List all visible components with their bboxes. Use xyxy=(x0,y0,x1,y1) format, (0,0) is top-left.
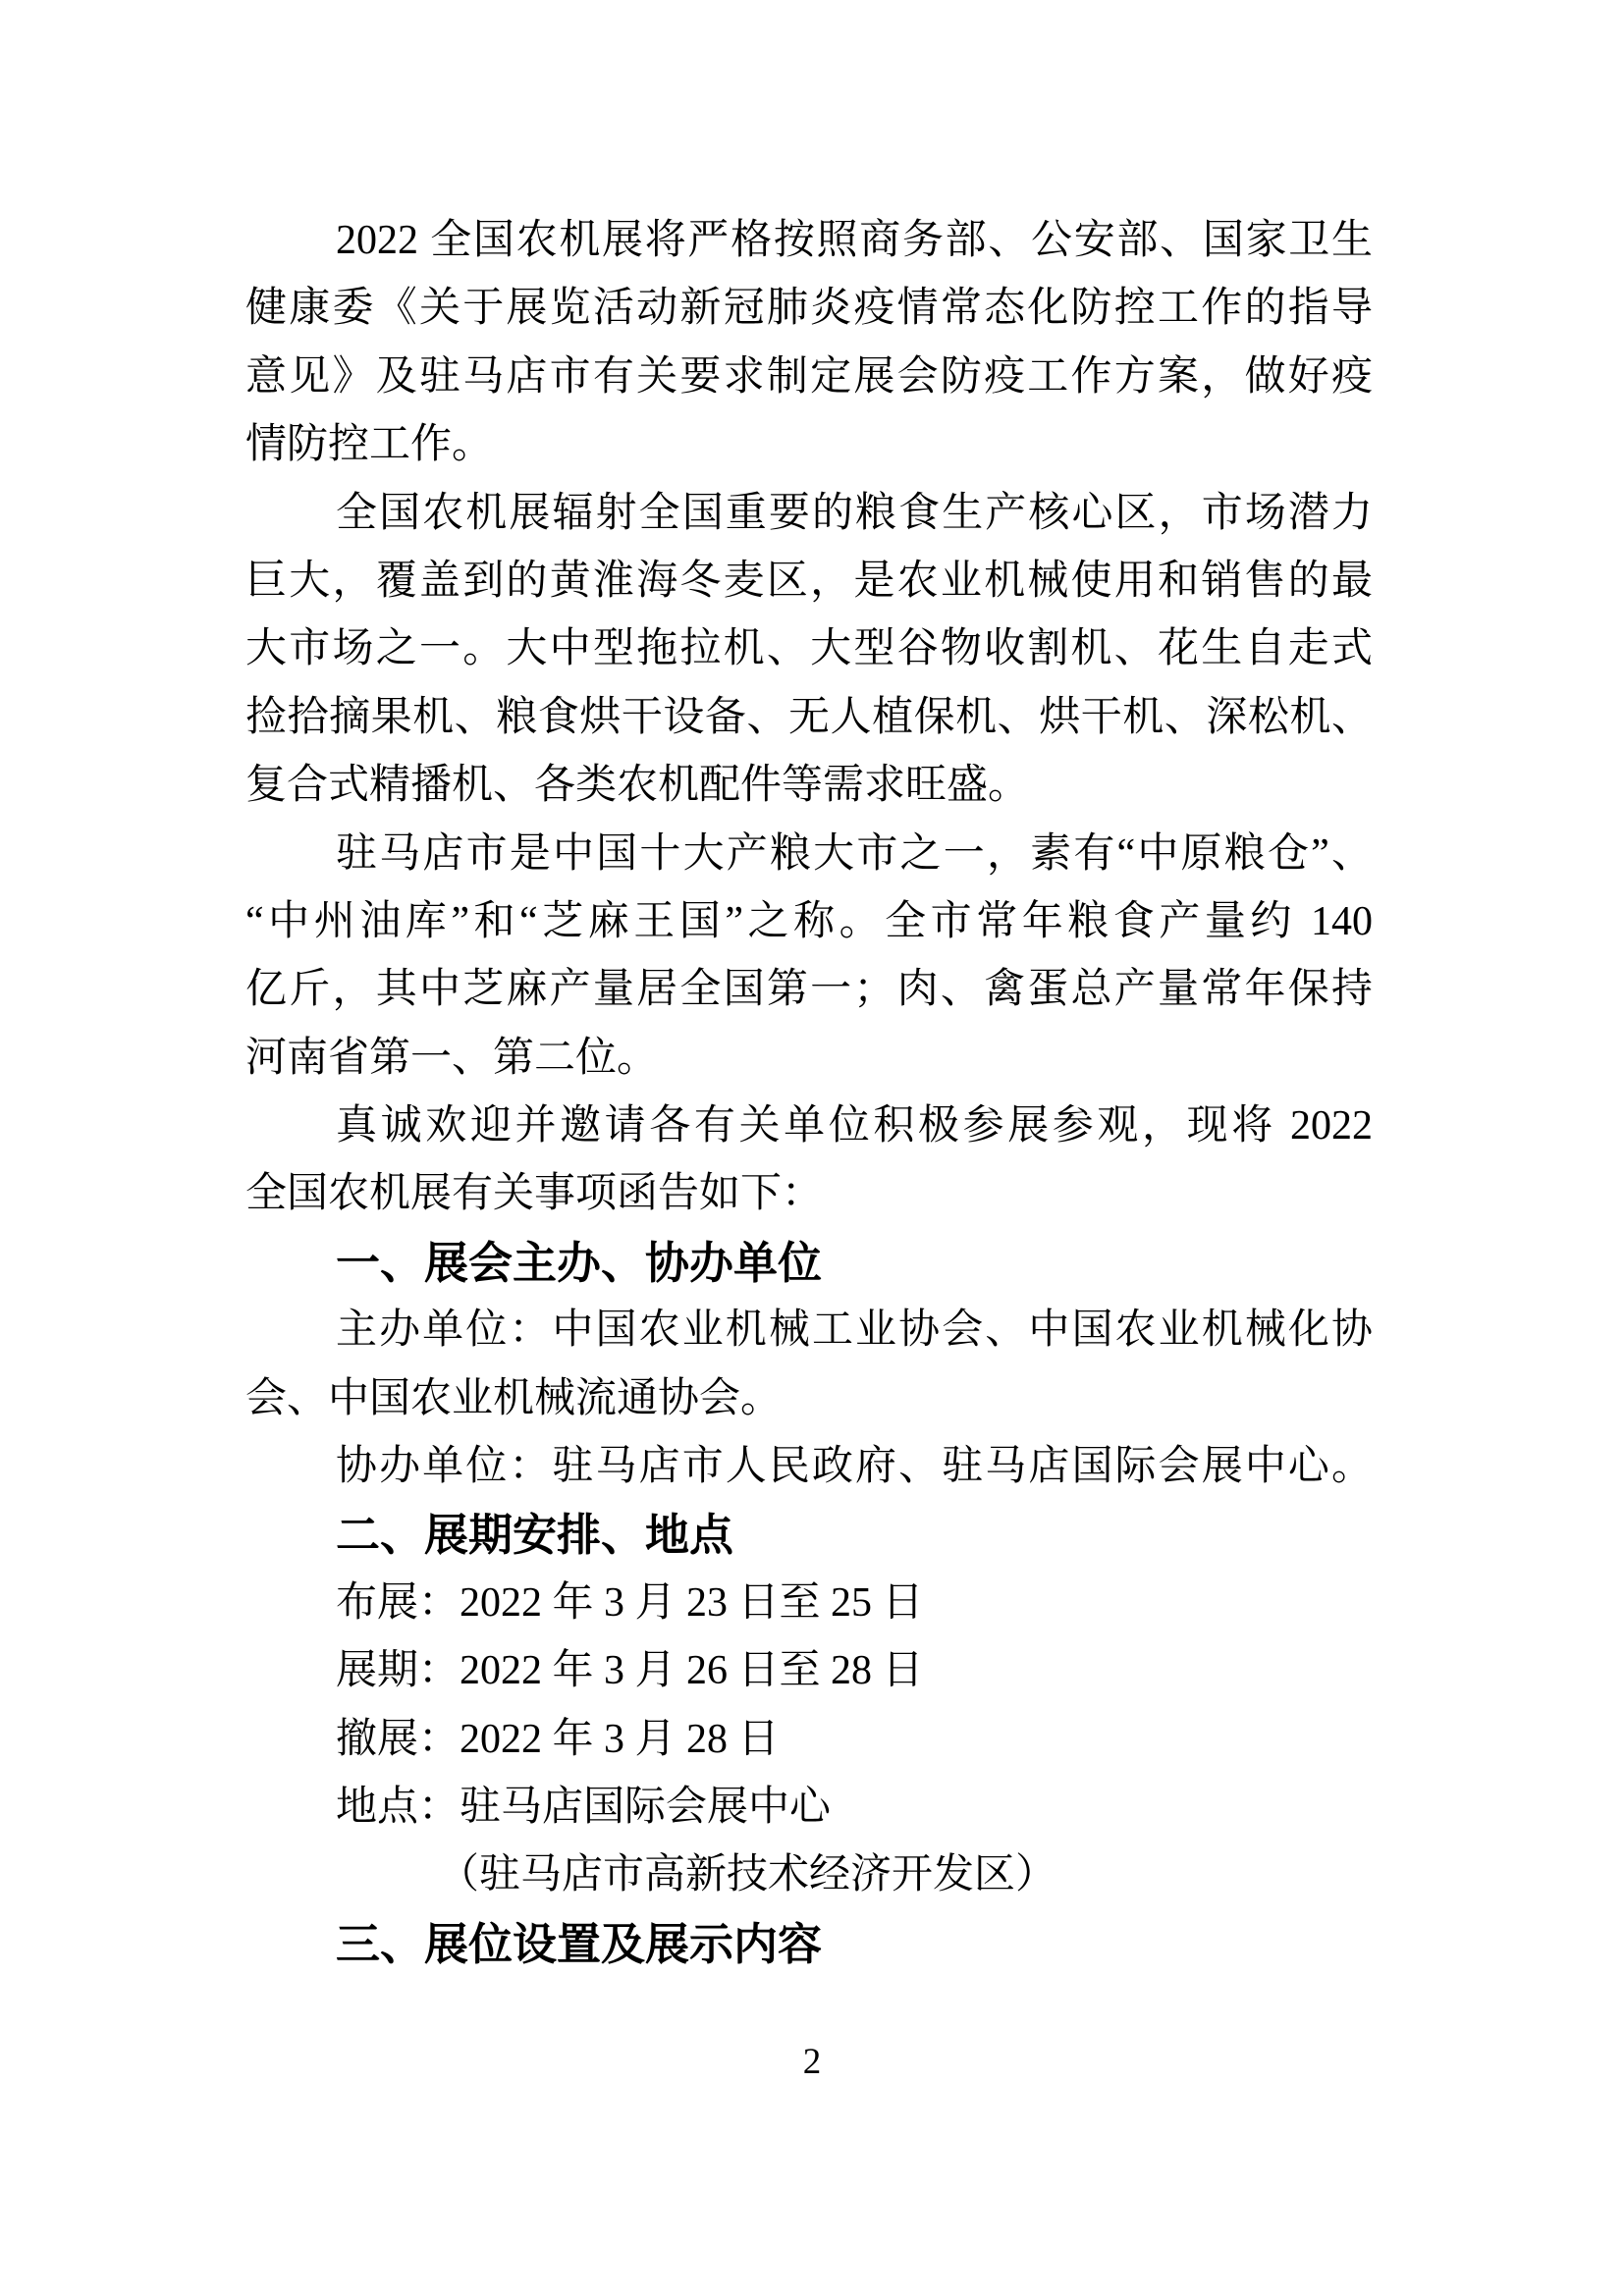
text-line: 布展：2022 年 3 月 23 日至 25 日 xyxy=(245,1570,1373,1637)
text-line: 健康委《关于展览活动新冠肺炎疫情常态化防控工作的指导 xyxy=(245,275,1373,343)
text-line: 地点：驻马店国际会展中心 xyxy=(245,1774,1373,1842)
section-heading-3: 三、展位设置及展示内容 xyxy=(245,1910,1373,1978)
text-line: “中州油库”和“芝麻王国”之称。全市常年粮食产量约 140 xyxy=(245,888,1373,956)
document-body: 2022 全国农机展将严格按照商务部、公安部、国家卫生 健康委《关于展览活动新冠… xyxy=(245,207,1373,1978)
text-line: 真诚欢迎并邀请各有关单位积极参展参观，现将 2022 xyxy=(245,1093,1373,1160)
text-line: 2022 全国农机展将严格按照商务部、公安部、国家卫生 xyxy=(245,207,1373,275)
section-heading-1: 一、展会主办、协办单位 xyxy=(245,1229,1373,1297)
text-line: 意见》及驻马店市有关要求制定展会防疫工作方案，做好疫 xyxy=(245,344,1373,411)
text-line: 驻马店市是中国十大产粮大市之一，素有“中原粮仓”、 xyxy=(245,821,1373,888)
section-heading-2: 二、展期安排、地点 xyxy=(245,1501,1373,1569)
text-line: 撤展：2022 年 3 月 28 日 xyxy=(245,1706,1373,1774)
text-line: 主办单位：中国农业机械工业协会、中国农业机械化协 xyxy=(245,1297,1373,1364)
text-line: 会、中国农业机械流通协会。 xyxy=(245,1365,1373,1433)
text-line: 河南省第一、第二位。 xyxy=(245,1025,1373,1093)
text-line: 捡拾摘果机、粮食烘干设备、无人植保机、烘干机、深松机、 xyxy=(245,684,1373,752)
text-line: 巨大，覆盖到的黄淮海冬麦区，是农业机械使用和销售的最 xyxy=(245,548,1373,615)
text-line: 全国农机展辐射全国重要的粮食生产核心区，市场潜力 xyxy=(245,480,1373,548)
text-line: 协办单位：驻马店市人民政府、驻马店国际会展中心。 xyxy=(245,1433,1373,1501)
text-line: （驻马店市高新技术经济开发区） xyxy=(245,1842,1373,1909)
text-line: 全国农机展有关事项函告如下： xyxy=(245,1160,1373,1228)
text-line: 展期：2022 年 3 月 26 日至 28 日 xyxy=(245,1637,1373,1705)
text-line: 情防控工作。 xyxy=(245,411,1373,479)
text-line: 大市场之一。大中型拖拉机、大型谷物收割机、花生自走式 xyxy=(245,615,1373,683)
text-line: 亿斤，其中芝麻产量居全国第一；肉、禽蛋总产量常年保持 xyxy=(245,956,1373,1024)
page-number: 2 xyxy=(0,2028,1624,2096)
document-page: 2022 全国农机展将严格按照商务部、公安部、国家卫生 健康委《关于展览活动新冠… xyxy=(0,0,1624,2296)
text-line: 复合式精播机、各类农机配件等需求旺盛。 xyxy=(245,752,1373,820)
